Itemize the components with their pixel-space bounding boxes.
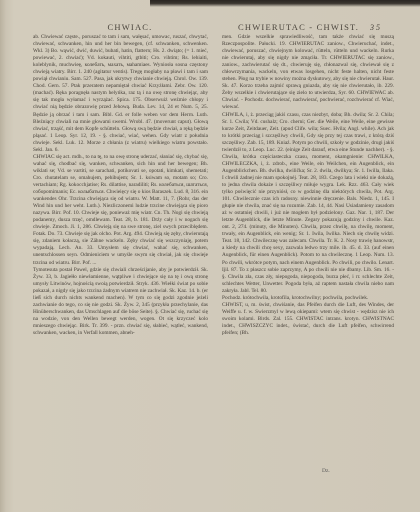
right-column: men. Gdzie wszelkie sprawiedliwość, tam … bbox=[222, 34, 394, 464]
entry-paragraph: Tymotesuta postał Pawel, gdzie się chwia… bbox=[33, 267, 208, 337]
running-head-right: CHWIERUTAC - CHWIST. bbox=[238, 22, 378, 32]
entry-paragraph: ab. Chwiewać częste., poruszać to tam i … bbox=[33, 34, 208, 154]
left-column: ab. Chwiewać częste., poruszać to tam i … bbox=[33, 34, 208, 474]
entry-paragraph: CHWIAC się act. mdh., to na tę, to na ow… bbox=[33, 154, 208, 267]
scanned-dictionary-page: CHWIAC. CHWIERUTAC - CHWIST. 3 5 ab. Chw… bbox=[0, 0, 420, 512]
entry-paragraph: CHWIST, u, m. świst, chwiśanie, das Pfei… bbox=[222, 302, 394, 337]
entry-paragraph: CHWILA, i, ż. przeciąg jakiś czasu, czas… bbox=[222, 112, 394, 295]
page-number: 3 5 bbox=[370, 23, 380, 32]
signature-mark: Dz. bbox=[322, 468, 330, 474]
entry-paragraph: Pochodz. krótochwila, krotofila, krotoch… bbox=[222, 295, 394, 302]
entry-paragraph: men. Gdzie wszelkie sprawiedliwość, tam … bbox=[222, 34, 394, 112]
running-head-left: CHWIAC. bbox=[100, 22, 160, 32]
scan-edge-shadow bbox=[150, 0, 420, 7]
